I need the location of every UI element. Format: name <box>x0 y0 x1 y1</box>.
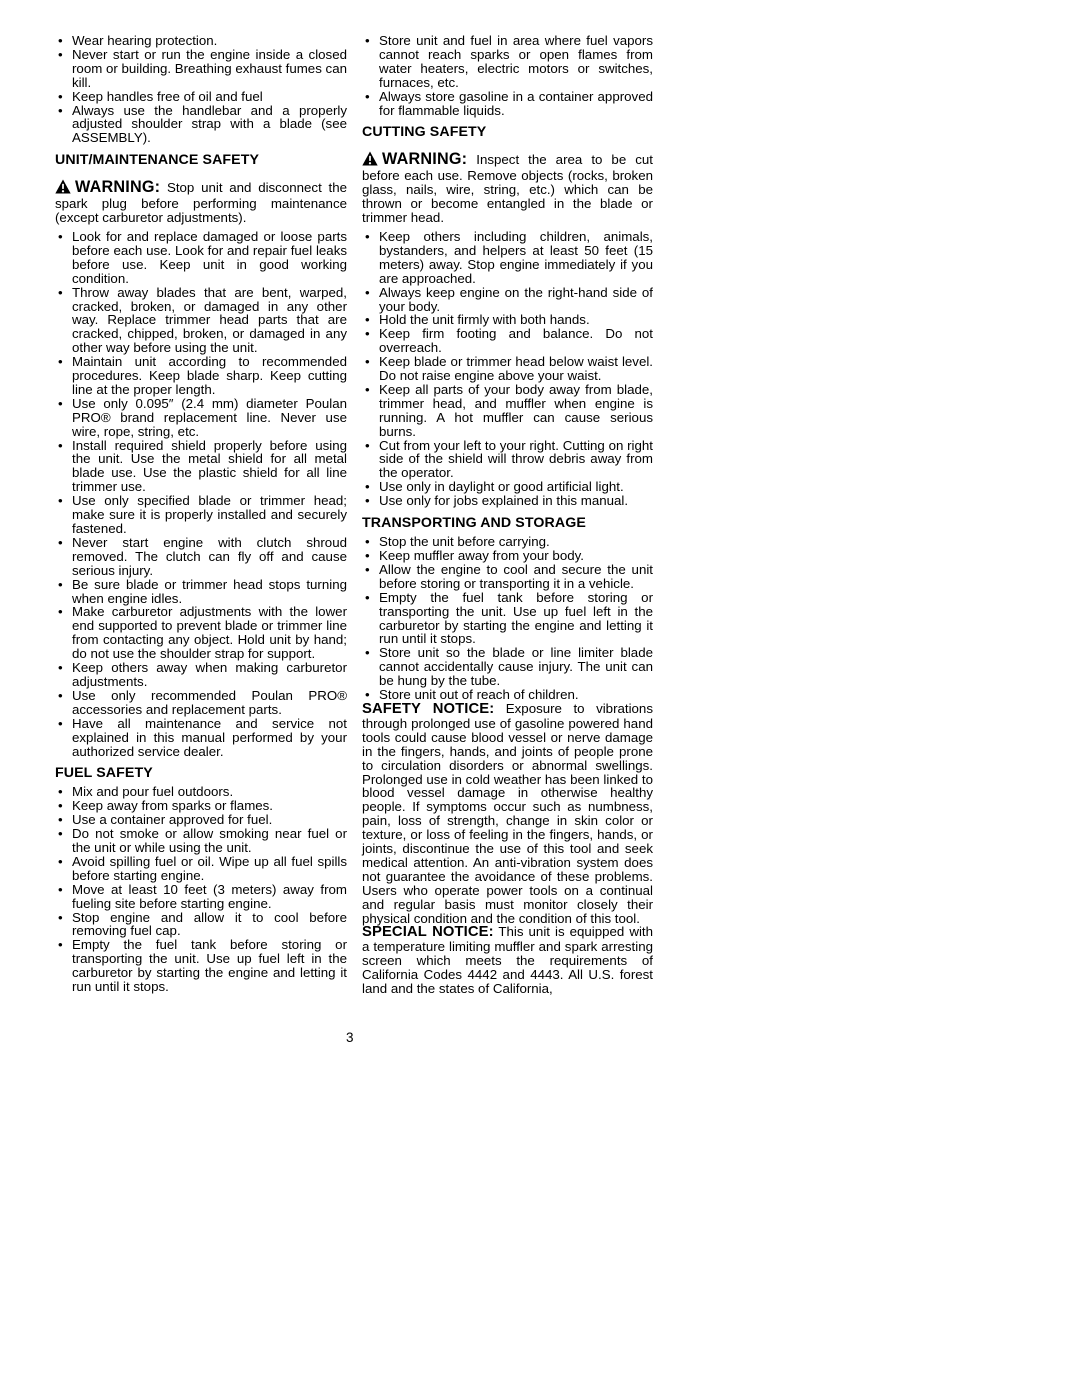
bullet-item: Use only recommended Poulan PRO® accesso… <box>55 689 347 717</box>
notice-text: Exposure to vibrations through prolonged… <box>362 701 653 926</box>
bullet-item: Allow the engine to cool and secure the … <box>362 563 653 591</box>
bullet-list: Stop the unit before carrying.Keep muffl… <box>362 535 653 702</box>
warning-paragraph: WARNING: Inspect the area to be cut befo… <box>362 151 653 225</box>
section-heading: CUTTING SAFETY <box>362 125 653 140</box>
bullet-item: Empty the fuel tank before storing or tr… <box>362 591 653 647</box>
bullet-item: Keep blade or trimmer head below waist l… <box>362 355 653 383</box>
bullet-item: Have all maintenance and service not exp… <box>55 717 347 759</box>
section-heading: FUEL SAFETY <box>55 766 347 781</box>
bullet-item: Do not smoke or allow smoking near fuel … <box>55 827 347 855</box>
left-column: Wear hearing protection.Never start or r… <box>55 34 347 994</box>
bullet-item: Stop engine and allow it to cool before … <box>55 911 347 939</box>
bullet-item: Install required shield properly before … <box>55 439 347 495</box>
bullet-item: Use only 0.095″ (2.4 mm) diameter Poulan… <box>55 397 347 439</box>
warning-triangle-icon <box>362 151 378 169</box>
bullet-item: Keep others away when making carburetor … <box>55 661 347 689</box>
bullet-item: Use only in daylight or good artificial … <box>362 480 653 494</box>
bullet-item: Empty the fuel tank before storing or tr… <box>55 938 347 994</box>
bullet-item: Store unit and fuel in area where fuel v… <box>362 34 653 90</box>
bullet-list: Look for and replace damaged or loose pa… <box>55 230 347 758</box>
bullet-item: Stop the unit before carrying. <box>362 535 653 549</box>
bullet-item: Always use the handlebar and a properly … <box>55 104 347 146</box>
bullet-item: Wear hearing protection. <box>55 34 347 48</box>
bullet-list: Wear hearing protection.Never start or r… <box>55 34 347 145</box>
bullet-item: Never start engine with clutch shroud re… <box>55 536 347 578</box>
section-heading: UNIT/MAINTENANCE SAFETY <box>55 153 347 168</box>
notice-label: SPECIAL NOTICE: <box>362 924 494 940</box>
bullet-list: Keep others including children, animals,… <box>362 230 653 508</box>
section-heading: TRANSPORTING AND STORAGE <box>362 516 653 531</box>
warning-triangle-icon <box>55 179 71 197</box>
notice-paragraph: SPECIAL NOTICE: This unit is equipped wi… <box>362 925 653 996</box>
bullet-list: Store unit and fuel in area where fuel v… <box>362 34 653 117</box>
bullet-item: Be sure blade or trimmer head stops turn… <box>55 578 347 606</box>
right-column: Store unit and fuel in area where fuel v… <box>362 34 653 996</box>
notice-label: SAFETY NOTICE: <box>362 701 494 717</box>
bullet-item: Use a container approved for fuel. <box>55 813 347 827</box>
bullet-item: Keep away from sparks or flames. <box>55 799 347 813</box>
bullet-item: Keep handles free of oil and fuel <box>55 90 347 104</box>
bullet-item: Look for and replace damaged or loose pa… <box>55 230 347 286</box>
warning-label: WARNING: <box>382 150 467 168</box>
page-number: 3 <box>346 1030 354 1045</box>
bullet-item: Keep others including children, animals,… <box>362 230 653 286</box>
bullet-item: Move at least 10 feet (3 meters) away fr… <box>55 883 347 911</box>
bullet-item: Cut from your left to your right. Cuttin… <box>362 439 653 481</box>
bullet-item: Keep muffler away from your body. <box>362 549 653 563</box>
bullet-list: Mix and pour fuel outdoors.Keep away fro… <box>55 785 347 994</box>
bullet-item: Maintain unit according to recommended p… <box>55 355 347 397</box>
bullet-item: Never start or run the engine inside a c… <box>55 48 347 90</box>
notice-paragraph: SAFETY NOTICE: Exposure to vibrations th… <box>362 702 653 926</box>
bullet-item: Always keep engine on the right-hand sid… <box>362 286 653 314</box>
bullet-item: Store unit so the blade or line limiter … <box>362 646 653 688</box>
bullet-item: Make carburetor adjustments with the low… <box>55 605 347 661</box>
bullet-item: Use only specified blade or trimmer head… <box>55 494 347 536</box>
bullet-item: Mix and pour fuel outdoors. <box>55 785 347 799</box>
bullet-item: Always store gasoline in a container app… <box>362 90 653 118</box>
bullet-item: Use only for jobs explained in this manu… <box>362 494 653 508</box>
warning-paragraph: WARNING: Stop unit and disconnect the sp… <box>55 179 347 225</box>
bullet-item: Throw away blades that are bent, warped,… <box>55 286 347 356</box>
bullet-item: Keep all parts of your body away from bl… <box>362 383 653 439</box>
bullet-item: Hold the unit firmly with both hands. <box>362 313 653 327</box>
warning-label: WARNING: <box>75 178 160 196</box>
bullet-item: Store unit out of reach of children. <box>362 688 653 702</box>
manual-page: Wear hearing protection.Never start or r… <box>0 0 1080 1397</box>
bullet-item: Avoid spilling fuel or oil. Wipe up all … <box>55 855 347 883</box>
bullet-item: Keep firm footing and balance. Do not ov… <box>362 327 653 355</box>
